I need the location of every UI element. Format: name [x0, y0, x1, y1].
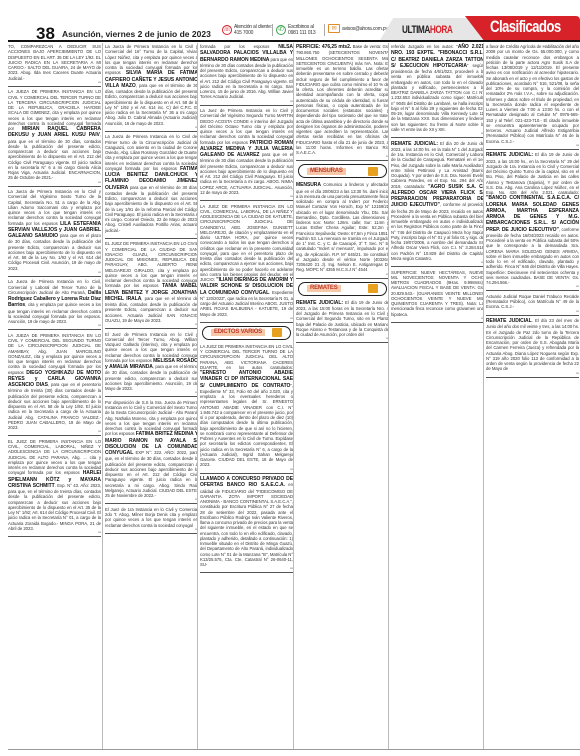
- ad-text: , para que en el perentorio término de t…: [8, 382, 101, 430]
- classified-ad: formada por los esposos NILSA SALVADORA …: [200, 43, 293, 106]
- column-divider: [388, 43, 389, 749]
- phone-icon: ☏: [222, 25, 232, 35]
- footer-rule: [8, 749, 580, 750]
- ad-text: El día 20 de Junio de 2023, a las 14:00 …: [391, 141, 484, 189]
- ad-text: Actuario Judicial Roque Daniel Trabuco R…: [486, 294, 579, 310]
- classified-ad: LA JUEZA DE PRIMERA INSTANCIA EN LO CIVI…: [8, 88, 101, 186]
- ad-text: . Exp. N° 43. Año: 2023, para que, en el…: [8, 483, 101, 531]
- ad-text: para que en el término de 30 días, conta…: [105, 185, 198, 233]
- ad-text: LA JUEZ DE PRIMERA INSTANCIA EN LO CIVIL…: [200, 344, 293, 370]
- ad-code: ▪▪▪: [200, 195, 293, 198]
- column-4: PERFICIE: 476,25 mts2. Base de venta: Gs…: [296, 43, 389, 749]
- divider: [272, 24, 273, 36]
- ad-code: ▪▪▪: [486, 144, 579, 147]
- whatsapp-icon: ✆: [276, 25, 286, 35]
- classified-ad: LA JUEZA DE PRIMERA INSTANCIA EN LO CIVI…: [8, 332, 101, 437]
- ad-highlight: REMATE JUDICIAL:: [296, 300, 343, 306]
- classified-ad: REMATE JUDICIAL: El día 20 de Junio de 2…: [391, 140, 484, 268]
- ad-code: ▪▪▪: [105, 323, 198, 326]
- section-label: REMATES: [307, 285, 341, 292]
- ad-text: para que en el plazo de 30 días, contado…: [8, 233, 101, 271]
- ad-highlight: "ERNESTO ANTONIO ABADIE VINADER C/ DP IN…: [200, 370, 293, 389]
- ad-text: LA JUEZ DE PRIMERA INSTANCIA EN LO CIVIL…: [200, 204, 293, 283]
- ad-text: SUPERFICIE: NUEVE HECTÁREAS, NUEVE MIL N…: [391, 270, 484, 317]
- column-2: La Jueza de Primera Instancia en lo Civi…: [105, 43, 198, 749]
- ad-code: ▪▪▪: [8, 181, 101, 184]
- ad-code: ▪▪▪: [8, 271, 101, 274]
- classified-ad: LA JUEZ DE PRIMERA INSTANCIA EN LO CIVIL…: [200, 203, 293, 323]
- ad-code: ▪▪▪: [296, 337, 389, 340]
- ad-text: . El día 23 del mes de Junio del año dos…: [486, 318, 579, 371]
- ad-code: ▪▪▪: [486, 285, 579, 288]
- ad-text: Base de venta: Gs. 790.860.750 (SETECIEN…: [296, 44, 389, 155]
- ad-text: LA JUEZA DE PRIMERA INSTANCIA EN LO CIVI…: [8, 333, 101, 375]
- classified-ad: MENSURA Comunico a linderos y afectados …: [296, 181, 389, 278]
- classified-ad: REMATE JUDICIAL: El día 19 de Junio de 2…: [486, 151, 579, 291]
- ad-text: , para que en el término de 30 días, con…: [8, 132, 101, 180]
- email-contact[interactable]: ✉ avisos@ahora.com.py: [328, 24, 388, 33]
- ad-text: ", Expediente N° 33, Folio 60 del año 2.…: [200, 383, 293, 468]
- ad-text: a favor de Crédito Agrícola de Habilitac…: [486, 44, 579, 144]
- gavel-icon: [272, 328, 282, 337]
- page-date: Asunción, viernes 2 de junio de 2023: [62, 29, 211, 39]
- divider: [324, 24, 325, 36]
- ad-code: ▪▪▪: [200, 567, 293, 570]
- ad-code: ▪▪▪: [105, 391, 198, 394]
- ad-text: , conforme proveído de fecha 16/04/2023 …: [486, 227, 579, 286]
- section-title: Clasificados: [490, 17, 561, 37]
- ad-code: ▪▪▪: [105, 528, 198, 531]
- ad-text: EXP N°: 322. AÑO: 2022, para que, en el …: [105, 450, 198, 498]
- email-address: avisos@ahora.com.py: [342, 26, 388, 32]
- ad-code: ▪▪▪: [8, 324, 101, 327]
- gavel-icon: [368, 167, 378, 176]
- ad-highlight: REMATE JUDICIAL:: [391, 141, 438, 147]
- classified-ad: REMATE JUDICIAL. El día 23 del mes de Ju…: [486, 317, 579, 378]
- column-1: TO, COMPAREZCAN A DEDUCIR SUS ACCIONES B…: [8, 43, 101, 749]
- ad-highlight: LLAMADO A CONCURSO PRIVADO DE OFERTAS BA…: [200, 476, 293, 488]
- ad-highlight: PERFICIE: 476,25 mts2.: [296, 44, 351, 50]
- ad-code: ▪▪▪: [391, 132, 484, 135]
- classified-ad: TO, COMPAREZCAN A DEDUCIR SUS ACCIONES B…: [8, 43, 101, 87]
- column-5: referido Juzgado en los autos: "AÑO 2.02…: [391, 43, 484, 749]
- ad-highlight: MENSURA: [296, 182, 321, 188]
- ad-text: para que en el término de 30 días contad…: [200, 152, 293, 195]
- section-header-remates: REMATES: [298, 282, 387, 296]
- column-divider: [102, 43, 103, 749]
- classified-ad: a favor de Crédito Agrícola de Habilitac…: [486, 43, 579, 150]
- ad-code: ▪▪▪: [200, 100, 293, 103]
- mail-icon: ✉: [328, 24, 340, 33]
- column-6: a favor de Crédito Agrícola de Habilitac…: [486, 43, 579, 749]
- ad-code: ▪▪▪: [486, 310, 579, 313]
- classified-ad: La Juez de Primera Instancia en lo Civil…: [200, 107, 293, 201]
- ad-code: ▪▪▪: [391, 261, 484, 264]
- ad-code: ▪▪▪: [296, 273, 389, 276]
- column-divider: [197, 43, 198, 749]
- classified-ad: La Jueza de Primera Instancia en lo Civi…: [105, 133, 198, 239]
- section-header-edictos-varios: EDICTOS VARIOS: [202, 326, 291, 340]
- section-label: MENSURAS: [307, 168, 346, 175]
- classified-ad: La Jueza de Primera Instancia en lo Civi…: [8, 188, 101, 277]
- column-3: formada por los esposos NILSA SALVADORA …: [200, 43, 293, 749]
- customer-service-contact[interactable]: ☏ Atención al cliente:415 7000: [222, 24, 272, 36]
- ad-text: TO, COMPAREZCAN A DEDUCIR SUS ACCIONES B…: [8, 44, 101, 81]
- ad-code: ▪▪▪: [105, 126, 198, 129]
- ad-highlight: REMATE JUDICIAL: [486, 318, 532, 324]
- ad-text: El día 19 de Junio de 2023, a las 15:00 …: [486, 152, 579, 195]
- classified-ad: El Juez de Primera Instancia en lo Civil…: [105, 331, 198, 398]
- section-label: EDICTOS VARIOS: [211, 329, 265, 336]
- header-rule: [8, 40, 580, 42]
- ad-text: , para que en el término de 30 días, con…: [105, 83, 198, 126]
- ad-text: formada por los esposos: [200, 44, 278, 49]
- classified-ad: EL JUEZ DE PRIMERA INSTANCIA EN LO CIVIL…: [8, 438, 101, 537]
- ad-code: ▪▪▪: [296, 155, 389, 158]
- ad-text: LA JUEZA DE PRIMERA INSTANCIA EN LO CIVI…: [8, 89, 101, 131]
- classified-ad: PERFICIE: 476,25 mts2. Base de venta: Gs…: [296, 43, 389, 161]
- ad-code: ▪▪▪: [200, 317, 293, 320]
- ad-highlight: REMATE JUDICIAL:: [486, 152, 533, 158]
- classified-ad: LLAMADO A CONCURSO PRIVADO DE OFERTAS BA…: [200, 475, 293, 573]
- gavel-icon: [368, 284, 378, 293]
- whatsapp-contact[interactable]: ✆ Escribinos al0981 111 013: [276, 24, 315, 36]
- classified-ad: LA JUEZ DE PRIMERA INSTANCIA EN LO CIVIL…: [200, 343, 293, 474]
- ad-text: El día 19 de Junio de 2023, a las 15:00 …: [296, 300, 389, 338]
- classified-ad: REMATE JUDICIAL: El día 19 de Junio de 2…: [296, 299, 389, 344]
- ad-code: ▪▪▪: [391, 317, 484, 320]
- classified-ad: Actuario Judicial Roque Daniel Trabuco R…: [486, 293, 579, 316]
- ultimahora-logo: ULTIMAHORA: [402, 24, 452, 36]
- ad-text: , conforme al proveído de fecha 25 de Ma…: [391, 202, 484, 261]
- ad-text: Comunico a linderos y afectados que en e…: [296, 182, 389, 272]
- classified-ad: La Jueza de Primera Instancia en lo Civi…: [105, 43, 198, 132]
- ad-code: ▪▪▪: [8, 81, 101, 84]
- ad-text: referido Juzgado en los autos: ": [391, 44, 458, 49]
- ad-code: ▪▪▪: [105, 498, 198, 501]
- ad-text: para que en término de 30 días contados …: [200, 57, 293, 100]
- classified-ad: La Jueza de Primera Instancia en lo Civi…: [8, 278, 101, 330]
- whatsapp-number: 0981 111 013: [288, 30, 315, 36]
- column-divider: [483, 43, 484, 749]
- classified-ad: referido Juzgado en los autos: "AÑO 2.02…: [391, 43, 484, 138]
- ad-text: " según providencia de fecha 4/6/1/023, …: [391, 63, 484, 132]
- section-header-mensuras: MENSURAS: [298, 164, 387, 178]
- ad-code: ▪▪▪: [105, 233, 198, 236]
- ad-text: El Juez de 1ra Instancia en lo Civil y C…: [105, 507, 198, 528]
- ad-text: EL JUEZ DE PRIMERA INSTANCIA EN LO CIVIL…: [105, 241, 198, 288]
- ad-code: ▪▪▪: [8, 430, 101, 433]
- ad-code: ▪▪▪: [486, 372, 579, 375]
- ad-code: ▪▪▪: [8, 531, 101, 534]
- phone-number: 415 7000: [234, 30, 272, 36]
- column-divider: [293, 43, 294, 749]
- classified-ad: El Juez de 1ra Instancia en lo Civil y C…: [105, 506, 198, 534]
- ad-text: en calidad de FIDUCIARIO del "FIDEICOMIS…: [200, 482, 293, 567]
- classified-ad: Por disposición de S.S la Sra. Jueza de …: [105, 399, 198, 505]
- classified-ad: EL JUEZ DE PRIMERA INSTANCIA EN LO CIVIL…: [105, 240, 198, 329]
- page-header: 38 Asunción, viernes 2 de junio de 2023 …: [0, 0, 580, 40]
- ad-highlight: MIRIAN RAQUEL CABRERA DEKUSU y JUAN ARIE…: [8, 126, 101, 138]
- classified-ad: SUPERFICIE: NUEVE HECTÁREAS, NUEVE MIL N…: [391, 269, 484, 323]
- ad-code: ▪▪▪: [200, 468, 293, 471]
